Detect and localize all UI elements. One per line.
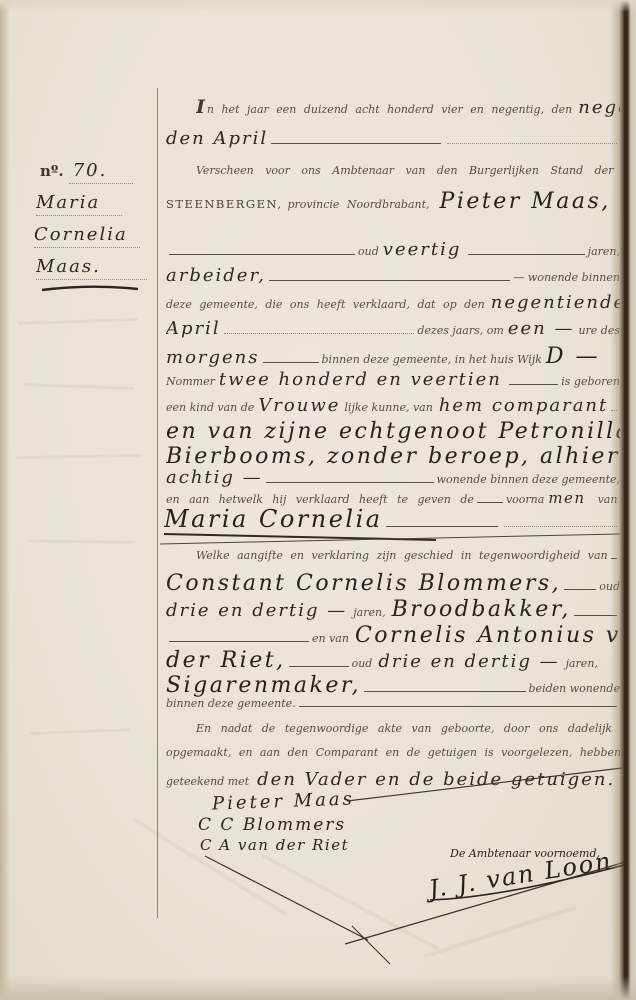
bleedthrough-smudge (423, 905, 576, 958)
margin-rule-line (157, 88, 158, 918)
child-name-underline-thin (160, 534, 620, 544)
handwritten-declarant-name: Pieter Maas, — (440, 189, 620, 214)
fill-line (564, 588, 596, 590)
fill-line (468, 253, 584, 255)
printed-text: Welke aangifte en verklaring zijn geschi… (196, 549, 608, 562)
fill-line (447, 142, 617, 144)
house-number-line: Nommer twee honderd en veertien is gebor… (166, 369, 620, 390)
bleedthrough-smudge (18, 318, 138, 325)
bleedthrough-smudge (30, 728, 130, 734)
child-names-line: Maria Cornelia (164, 505, 620, 533)
printed-text: provincie Noordbrabant, (287, 198, 429, 211)
handwritten-witness2-name2: der Riet, (166, 648, 286, 673)
printed-text: binnen deze gemeente, in het huis Wijk (322, 353, 542, 366)
printed-text: een kind van de (166, 401, 254, 414)
signature-witness2: C A van der Riet (200, 836, 349, 854)
margin-name-line: Maas. (36, 256, 147, 277)
printed-text: oud (352, 657, 373, 670)
appearance-line-1: Verscheen voor ons Ambtenaar van den Bur… (196, 164, 620, 177)
handwritten-age: veertig (383, 239, 462, 260)
handwritten-sex: Vrouwe (258, 395, 340, 416)
printed-text: dezes jaars, om (417, 324, 503, 337)
witness1-name-line: Constant Cornelis Blommers, oud (166, 571, 620, 596)
handwritten-occupation: arbeider, (166, 265, 266, 286)
declaration-line: deze gemeente, die ons heeft verklaard, … (166, 292, 620, 313)
closing-line-2: opgemaakt, en aan den Comparant en de ge… (166, 746, 620, 759)
act-number: nº. 70. (40, 160, 133, 181)
dash-line (477, 501, 503, 503)
fill-line (386, 525, 499, 527)
printed-text: is geboren (561, 375, 620, 388)
handwritten-witness1-name: Constant Cornelis Blommers, (166, 571, 561, 596)
printed-text: ure des (578, 324, 620, 337)
printed-town-name: STEENBERGEN, (166, 197, 282, 211)
witnesses-residence-line: binnen deze gemeente. (166, 697, 620, 710)
printed-text: deze gemeente, die ons heeft verklaard, … (166, 298, 485, 311)
witnesses-intro-line: Welke aangifte en verklaring zijn geschi… (196, 549, 620, 562)
bleedthrough-smudge (28, 539, 133, 544)
daypart-line: morgens binnen deze gemeente, in het hui… (166, 344, 620, 369)
handwritten-woonachtig: achtig — (166, 467, 263, 488)
fill-line (169, 253, 355, 255)
handwritten-signed-with: den Vader en de beide getuigen. — (257, 769, 620, 790)
handwritten-parent-ref: hem comparant (439, 395, 608, 416)
printed-text: Verscheen voor ons Ambtenaar van den Bur… (196, 164, 620, 177)
closing-line-3: geteekend met den Vader en de beide getu… (166, 769, 620, 790)
fill-line (299, 705, 617, 707)
handwritten-hour: een — (508, 318, 575, 339)
printed-text: wonende binnen deze gemeente, (437, 473, 620, 486)
mother-line-2: Bierbooms, zonder beroep, alhier woon. (166, 444, 620, 469)
appearance-line-2: STEENBERGEN, provincie Noordbrabant, Pie… (166, 189, 620, 214)
handwritten-date: negentien- (578, 97, 620, 118)
mother-line-3: achtig — wonende binnen deze gemeente, (166, 467, 620, 488)
bleedthrough-smudge (24, 383, 134, 390)
page-top-edge (0, 0, 636, 12)
fill-line (364, 690, 526, 692)
printed-text: En nadat de tegenwoordige akte van geboo… (196, 722, 620, 735)
fill-line (169, 640, 309, 642)
signature-witness1: C C Blommers (198, 815, 346, 835)
margin-child-firstname: Maria (36, 192, 122, 216)
handwritten-birth-day: negentienden (491, 292, 620, 313)
act-number-label: nº. (40, 162, 64, 180)
witness2-occupation-line: Sigarenmaker, beiden wonende (166, 673, 620, 698)
drop-initial: I (196, 96, 205, 118)
birth-certificate-scan: nº. 70. Maria Cornelia Maas. In het jaar… (0, 0, 636, 1000)
printed-text: jaren, (588, 245, 620, 258)
act-number-value: 70. (69, 160, 134, 184)
witness1-age-line: drie en dertig — jaren, Broodbakker, (166, 597, 620, 622)
printed-text: jaren, (566, 657, 598, 670)
page-bottom-edge (0, 976, 636, 1000)
handwritten-date-continued: den April (166, 128, 268, 149)
margin-name-line: Cornelia (34, 224, 140, 245)
fill-line (271, 142, 441, 144)
fill-line (611, 409, 617, 411)
cancellation-stroke-2 (205, 856, 368, 940)
handwritten-witness2-age: drie en dertig — (378, 651, 559, 672)
handwritten-mother-surname: Bierbooms, zonder beroep, alhier woon. (166, 444, 620, 469)
witness2-age-line: der Riet, oud drie en dertig — jaren, (166, 648, 620, 673)
printed-text: n het jaar een duizend acht honderd vier… (207, 103, 572, 116)
handwritten-witness1-age: drie en dertig — (166, 600, 347, 621)
margin-child-surname: Maas. (36, 256, 147, 280)
printed-text: beiden wonende (529, 682, 620, 695)
fill-line (266, 481, 434, 483)
printed-text: jaren, (353, 606, 385, 619)
child-name-underline-heavy (164, 534, 436, 540)
fill-line (574, 614, 617, 616)
printed-text: lijke kunne, van (344, 401, 432, 414)
printed-text: oud (599, 580, 620, 593)
margin-name-line: Maria (36, 192, 122, 213)
fill-line (504, 525, 617, 527)
birth-month-line: April dezes jaars, om een — ure des (166, 318, 620, 339)
handwritten-witness1-occupation: Broodbakker, (392, 597, 571, 622)
printed-text: en van (312, 632, 349, 645)
handwritten-witness2-occupation: Sigarenmaker, (166, 673, 361, 698)
witness2-intro-line: en van Cornelis Antonius van (166, 623, 620, 648)
page-left-edge (0, 0, 10, 1000)
cancellation-tick (352, 926, 390, 964)
printed-text: oud (358, 245, 379, 258)
printed-text: geteekend met (166, 775, 249, 788)
declarant-occupation-line: arbeider, — wonende binnen (166, 265, 620, 286)
fill-line (611, 557, 617, 559)
fill-line (269, 279, 511, 281)
margin-dash-stroke (42, 287, 138, 290)
printed-text: — wonende binnen (513, 271, 620, 284)
margin-child-middlename: Cornelia (34, 224, 140, 248)
handwritten-child-names: Maria Cornelia (164, 505, 383, 533)
handwritten-month: April (166, 318, 221, 339)
opening-line-2: den April (166, 128, 620, 149)
bleedthrough-smudge (16, 454, 141, 459)
printed-text: opgemaakt, en aan den Comparant en de ge… (166, 746, 620, 759)
handwritten-witness2-name1: Cornelis Antonius van (355, 623, 620, 648)
declarant-age-line: oud veertig jaren, (166, 239, 620, 260)
fill-line (224, 332, 415, 334)
fill-line (509, 383, 558, 385)
handwritten-mother-intro: en van zijne echtgenoot Petronilla (166, 419, 620, 444)
signature-father: Pieter Maas (212, 789, 356, 815)
mother-line-1: en van zijne echtgenoot Petronilla (166, 419, 620, 444)
bleedthrough-smudge (261, 853, 439, 950)
fill-line (289, 665, 349, 667)
handwritten-wijk-letter: D — (546, 344, 600, 369)
handwritten-daypart: morgens (166, 347, 260, 368)
printed-text: binnen deze gemeente. (166, 697, 296, 710)
fill-line (263, 361, 319, 363)
handwritten-house-number: twee honderd en veertien (219, 369, 502, 390)
opening-line-1: In het jaar een duizend acht honderd vie… (196, 96, 620, 118)
child-sex-line: een kind van de Vrouwe lijke kunne, van … (166, 395, 620, 416)
closing-line-1: En nadat de tegenwoordige akte van geboo… (196, 722, 620, 735)
printed-text: Nommer (166, 375, 215, 388)
